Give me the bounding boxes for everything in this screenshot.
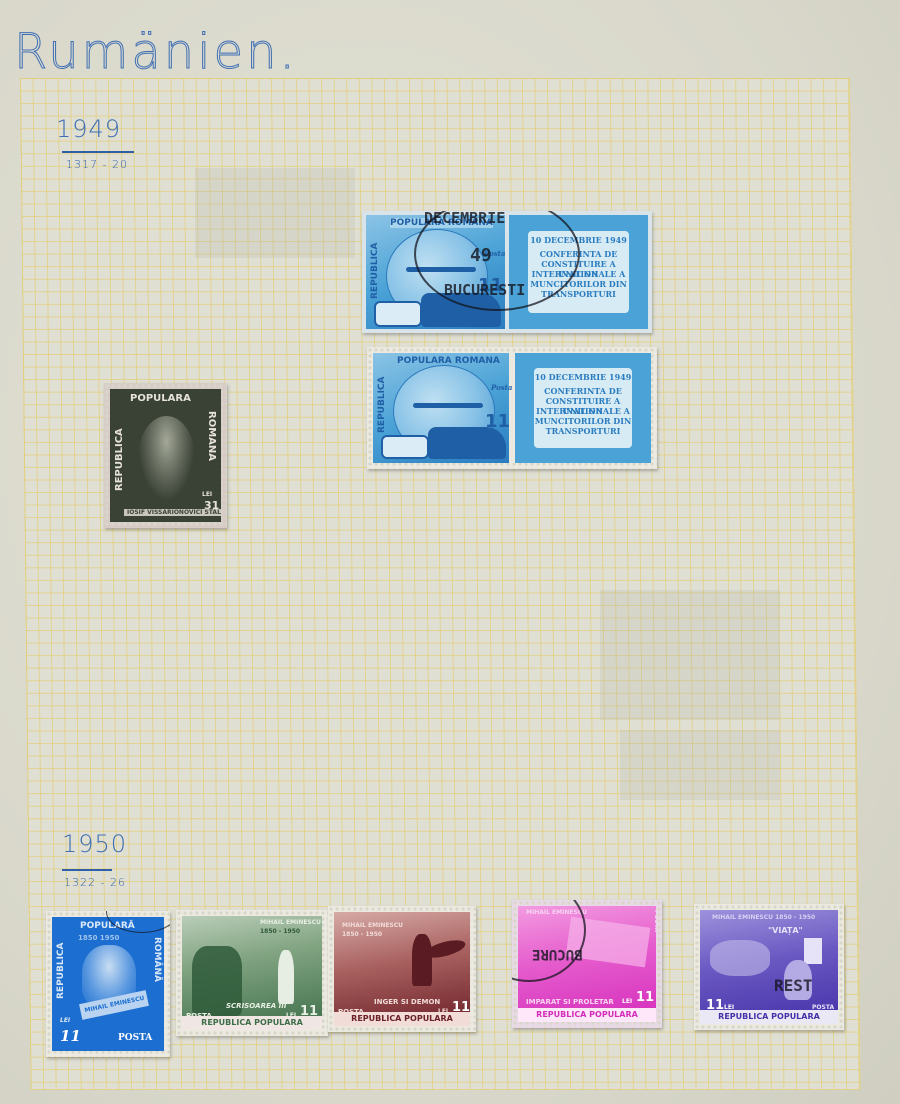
heading-underline [62, 151, 134, 153]
stamp-stalin[interactable]: POPULARA REPUBLICA ROMANA LEI 31 IOSIF V… [104, 383, 227, 528]
stamp-window [804, 938, 822, 964]
postmark-text-top: DECEMBRIE [424, 211, 505, 227]
catalog-range-1950: 1322 - 26 [64, 876, 126, 889]
stamp-figure [278, 950, 294, 1004]
label-line: 10 DECEMBRIE 1949 [534, 372, 632, 382]
faded-stamp-outline [195, 168, 355, 258]
stamp-imparat-si-proletar[interactable]: MIHAIL EMINESCU POSTA IMPARAT SI PROLETA… [512, 900, 662, 1028]
label-line: INTERNATIONALE A [534, 406, 632, 416]
label-line: 10 DECEMBRIE 1949 [528, 235, 628, 245]
stamp-eminescu-portrait[interactable]: MIHAIL EMINESCU POPULARĂ 1850 1950 REPUB… [46, 911, 170, 1057]
stamp-portrait [138, 416, 196, 501]
stamp-header: MIHAIL EMINESCU [342, 922, 403, 929]
stamp-viata[interactable]: MIHAIL EMINESCU 1850 - 1950 "VIAȚA" 11 L… [694, 904, 844, 1030]
label-line: CONFERINTA DE [528, 249, 628, 259]
label-line: MUNCITORILOR DIN [534, 416, 632, 426]
year-heading-1950: 1950 [62, 830, 127, 858]
stamp-currency: LEI [60, 1017, 70, 1024]
postmark-text-bottom: BUCURESTI [444, 281, 525, 299]
stamp-caption: IOSIF VISSARIONOVICI STALIN [124, 509, 221, 516]
stamp-top-text: POPULARA ROMANA [397, 356, 500, 366]
stamp-design-panel: POPULARA ROMANA REPUBLICA 11 LEI Posta [366, 215, 505, 329]
stamp-scene-title: INGER SI DEMON [374, 998, 440, 1006]
airplane-illustration [413, 403, 483, 408]
stamp-design-panel: POPULARA ROMANA REPUBLICA 11 LEI Posta [373, 353, 509, 463]
label-line: MUNCITORILOR DIN [528, 279, 628, 289]
stamp-right-text: ROMANA [206, 411, 217, 461]
bus-illustration [374, 301, 422, 327]
stamp-scene-title: "VIAȚA" [768, 926, 803, 935]
stamp-scene-title: SCRISOAREA III [226, 1002, 286, 1010]
label-line: TRANSPORTURI [528, 289, 628, 299]
postmark-text: BUCURE [532, 946, 583, 962]
stamp-scrisoarea[interactable]: MIHAIL EMINESCU 1850 - 1950 SCRISOAREA I… [176, 910, 328, 1036]
faded-stamp-outline [620, 730, 780, 800]
stamp-transport-cancelled[interactable]: POPULARA ROMANA REPUBLICA 11 LEI Posta 1… [362, 211, 652, 333]
airplane-illustration [406, 267, 476, 272]
stamp-value: 11 [60, 1027, 81, 1045]
stamp-band: REPUBLICA POPULARA ROMANA [334, 1012, 470, 1026]
stamp-left-text: REPUBLICA [377, 377, 387, 434]
stamp-transport-mint[interactable]: POPULARA ROMANA REPUBLICA 11 LEI Posta 1… [367, 347, 657, 469]
stamp-band: REPUBLICA POPULARA ROMANA [518, 1008, 656, 1022]
stamp-inger-si-demon[interactable]: MIHAIL EMINESCU 1850 - 1950 INGER SI DEM… [328, 906, 476, 1032]
stamp-posta: POSTA [118, 1033, 152, 1043]
stamp-value: 11 [485, 411, 510, 432]
stamp-band: REPUBLICA POPULARA ROMANA [182, 1016, 322, 1030]
stamp-carriage [710, 940, 770, 976]
stamp-left-text: REPUBLICA [114, 428, 125, 491]
label-line: INTERNATIONALE A [528, 269, 628, 279]
stamp-top-text: POPULARĂ [80, 921, 135, 931]
label-scroll: 10 DECEMBRIE 1949 CONFERINTA DE CONSTITU… [528, 231, 628, 313]
stamp-band: REPUBLICA POPULARA ROMANA [700, 1010, 838, 1024]
catalog-range-1949: 1317 - 20 [66, 158, 128, 171]
stamp-right-text: ROMÂNĂ [152, 937, 162, 982]
stamp-currency: LEI [202, 491, 212, 498]
postmark-text-year: 49 [470, 245, 492, 266]
label-scroll: 10 DECEMBRIE 1949 CONFERINTA DE CONSTITU… [534, 368, 632, 447]
stamp-currency: LEI [487, 435, 497, 442]
stamp-posta: POSTA [653, 910, 656, 932]
stamp-label-panel: 10 DECEMBRIE 1949 CONFERINTA DE CONSTITU… [515, 353, 651, 463]
stamp-currency: LEI [622, 998, 632, 1005]
year-heading-1949: 1949 [56, 115, 121, 143]
label-line: CONFERINTA DE [534, 386, 632, 396]
label-line: TRANSPORTURI [534, 426, 632, 436]
stamp-years: 1850 1950 [78, 934, 119, 942]
page-title: Rumänien. [14, 24, 298, 80]
stamp-label-panel: 10 DECEMBRIE 1949 CONFERINTA DE CONSTITU… [509, 215, 648, 329]
stamp-top-text: POPULARA [130, 393, 191, 404]
bus-illustration [381, 435, 429, 459]
stamp-left-text: REPUBLICA [370, 243, 380, 300]
stamp-header: MIHAIL EMINESCU [526, 909, 587, 916]
stamp-header: MIHAIL EMINESCU [260, 919, 321, 926]
stamp-left-text: REPUBLICA [56, 943, 66, 1000]
album-page: Rumänien. 1949 1317 - 20 POPULARA REPUBL… [0, 0, 900, 1104]
faded-stamp-outline [600, 590, 780, 720]
stamp-currency: LEI [480, 299, 490, 306]
postmark-text: REST [774, 976, 813, 995]
stamp-value: 11 [636, 990, 654, 1005]
stamp-figure [412, 934, 432, 986]
stamp-scene-title: IMPARAT SI PROLETAR [526, 998, 614, 1006]
stamp-years: 1850 - 1950 [342, 931, 382, 938]
stamp-header: MIHAIL EMINESCU 1850 - 1950 [712, 914, 815, 921]
heading-underline [62, 869, 112, 871]
stamp-years: 1850 - 1950 [260, 928, 300, 935]
stamp-posta-script: Posta [491, 383, 512, 392]
